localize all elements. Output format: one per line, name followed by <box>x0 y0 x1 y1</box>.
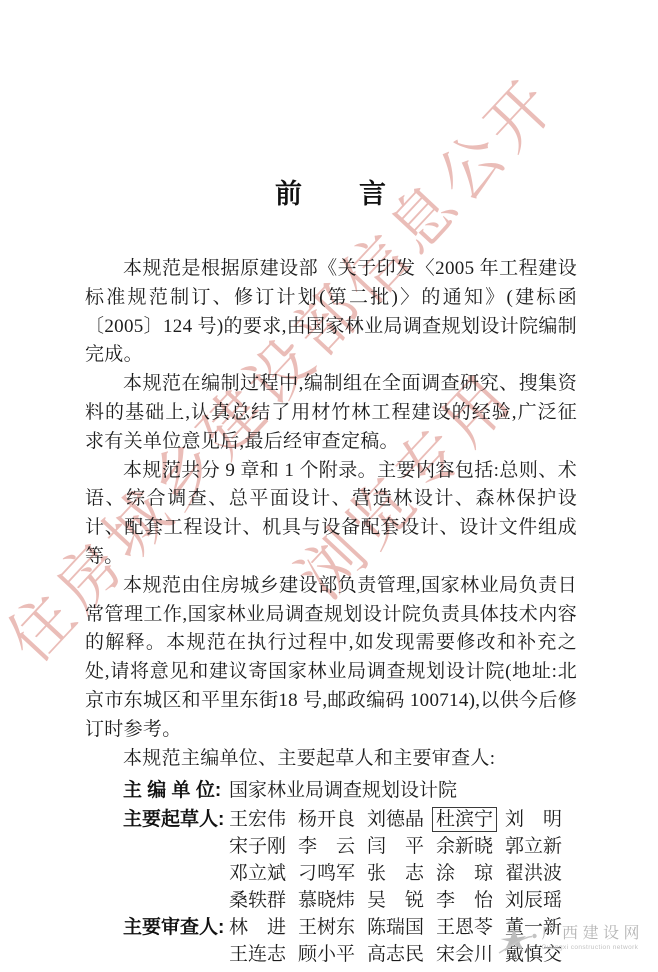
drafter-name: 翟洪波 <box>505 860 574 887</box>
star-swoosh-icon <box>497 927 539 964</box>
drafter-name: 郭立新 <box>505 833 574 860</box>
page-title: 前 言 <box>85 172 577 211</box>
paragraph-3: 本规范共分 9 章和 1 个附录。主要内容包括:总则、术语、综合调查、总平面设计… <box>85 457 577 572</box>
reviewer-name: 宋会川 <box>436 941 505 968</box>
drafters-label: 主要起草人: <box>123 806 229 833</box>
boxed-drafter-name: 杜滨宁 <box>432 807 497 832</box>
drafter-name: 张 志 <box>367 860 436 887</box>
drafter-name: 李 怡 <box>436 887 505 914</box>
page-content: 前 言 本规范是根据原建设部《关于印发〈2005 年工程建设标准规范制订、修订计… <box>85 0 577 968</box>
preface-body: 本规范是根据原建设部《关于印发〈2005 年工程建设标准规范制订、修订计划(第二… <box>85 255 577 773</box>
drafter-name: 宋子刚 <box>229 833 298 860</box>
reviewer-name: 王树东 <box>298 914 367 941</box>
footer-logo: 广西建设网 Guangxi construction network <box>497 925 644 964</box>
drafter-name: 闫 平 <box>367 833 436 860</box>
drafter-name: 刁鸣军 <box>298 860 367 887</box>
drafter-name: 杜滨宁 <box>436 806 505 833</box>
reviewer-name: 王恩苓 <box>436 914 505 941</box>
drafter-name: 慕晓炜 <box>298 887 367 914</box>
reviewer-name: 顾小平 <box>298 941 367 968</box>
drafters-grid: 王宏伟杨开良刘德晶杜滨宁刘 明宋子刚李 云闫 平余新晓郭立新邓立斌刁鸣军张 志涂… <box>229 806 574 914</box>
reviewer-name: 高志民 <box>367 941 436 968</box>
chief-editor-unit-value: 国家林业局调查规划设计院 <box>229 777 457 804</box>
site-name: 广西建设网 <box>541 925 644 943</box>
drafter-name: 刘 明 <box>505 806 574 833</box>
drafter-name: 余新晓 <box>436 833 505 860</box>
drafter-name: 李 云 <box>298 833 367 860</box>
chief-editor-unit-row: 主 编 单 位: 国家林业局调查规划设计院 <box>85 777 577 804</box>
paragraph-1: 本规范是根据原建设部《关于印发〈2005 年工程建设标准规范制订、修订计划(第二… <box>85 255 577 370</box>
drafter-name: 吴 锐 <box>367 887 436 914</box>
drafter-name: 桑轶群 <box>229 887 298 914</box>
reviewer-name: 林 进 <box>229 914 298 941</box>
drafter-name: 涂 琼 <box>436 860 505 887</box>
document-page: 住房城乡建设部信息公开 浏览专用 前 言 本规范是根据原建设部《关于印发〈200… <box>0 0 658 972</box>
paragraph-4: 本规范由住房城乡建设部负责管理,国家林业局负责日常管理工作,国家林业局调查规划设… <box>85 572 577 745</box>
reviewer-name: 王连志 <box>229 941 298 968</box>
reviewers-label: 主要审查人: <box>123 914 229 941</box>
chief-editor-unit-label: 主 编 单 位: <box>123 777 229 804</box>
site-subtitle: Guangxi construction network <box>541 944 644 951</box>
reviewer-name: 陈瑞国 <box>367 914 436 941</box>
drafter-name: 杨开良 <box>298 806 367 833</box>
drafter-name: 邓立斌 <box>229 860 298 887</box>
drafters-row: 主要起草人: 王宏伟杨开良刘德晶杜滨宁刘 明宋子刚李 云闫 平余新晓郭立新邓立斌… <box>85 806 577 914</box>
drafter-name: 刘辰瑶 <box>505 887 574 914</box>
paragraph-2: 本规范在编制过程中,编制组在全面调查研究、搜集资料的基础上,认真总结了用材竹林工… <box>85 370 577 456</box>
drafter-name: 王宏伟 <box>229 806 298 833</box>
drafter-name: 刘德晶 <box>367 806 436 833</box>
footer-logo-text: 广西建设网 Guangxi construction network <box>541 925 644 951</box>
paragraph-5: 本规范主编单位、主要起草人和主要审查人: <box>85 745 577 774</box>
